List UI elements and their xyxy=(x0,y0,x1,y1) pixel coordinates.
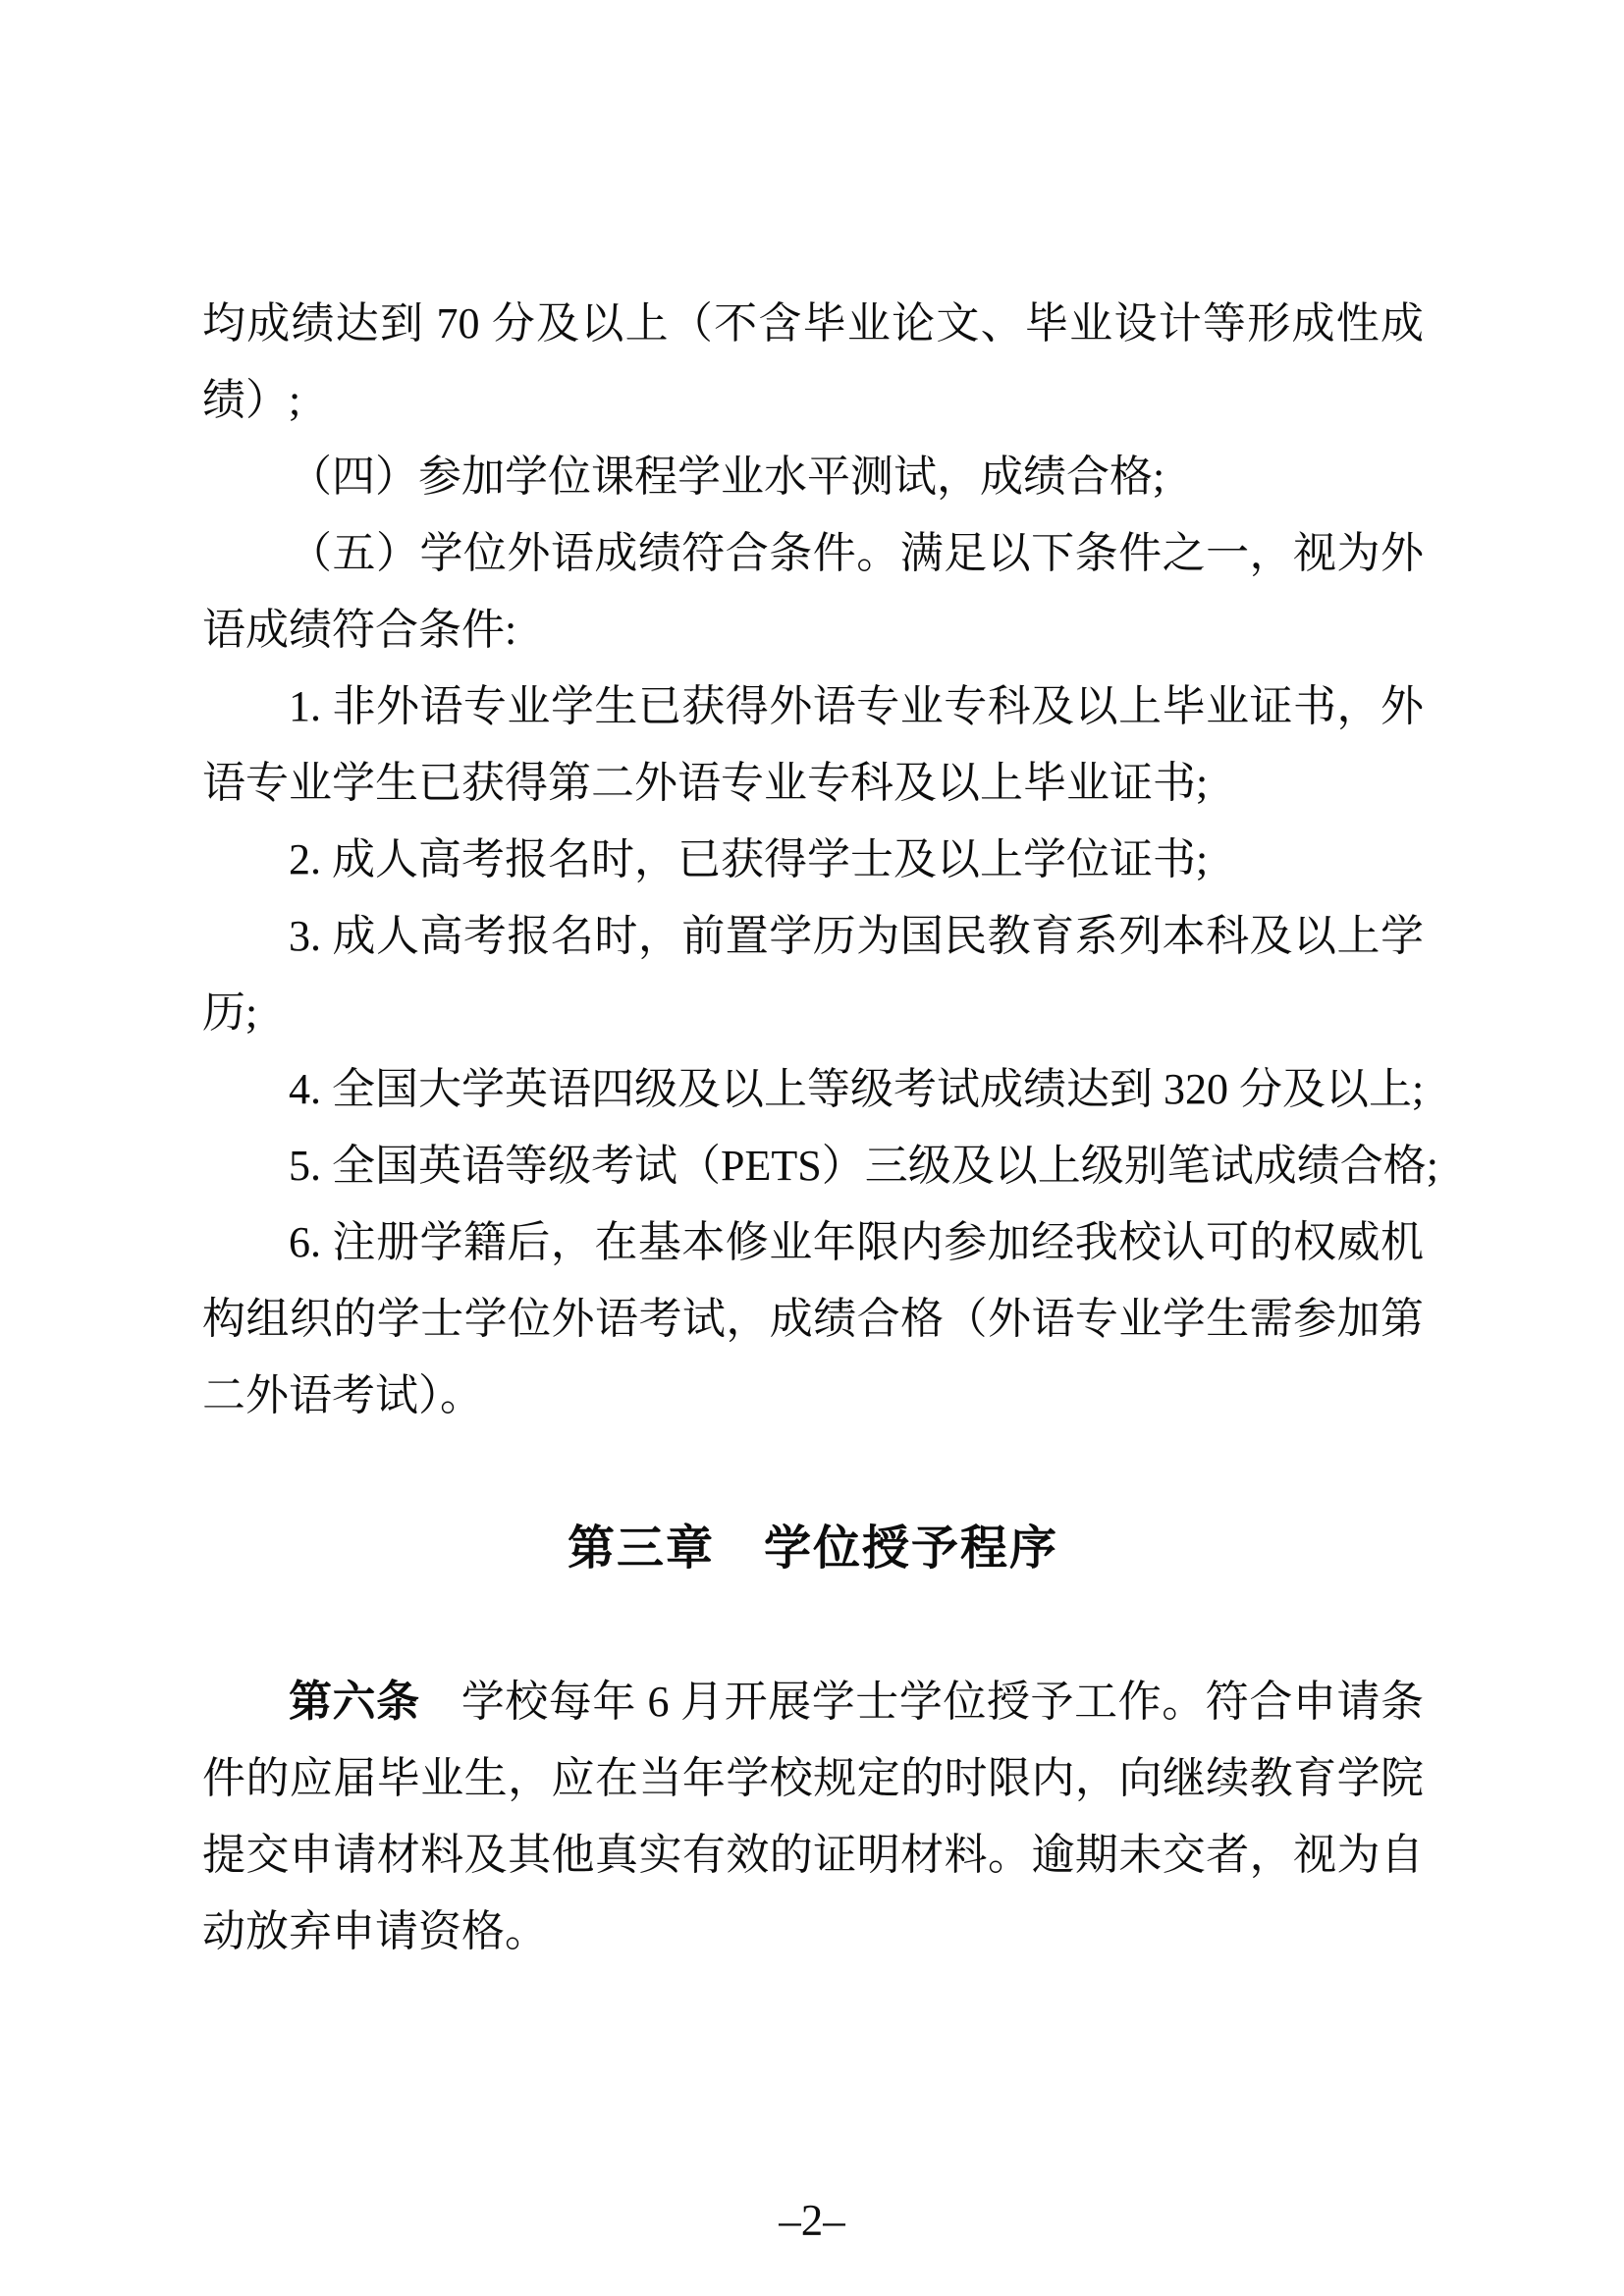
text-line: 构组织的学士学位外语考试，成绩合格（外语专业学生需参加第 xyxy=(202,1281,1424,1358)
paragraph: 2. 成人高考报名时，已获得学士及以上学位证书; xyxy=(202,822,1424,898)
text-line: 动放弃申请资格。 xyxy=(202,1894,1424,1970)
text-line: （五）学位外语成绩符合条件。满足以下条件之一，视为外 xyxy=(202,515,1424,592)
page-number: –2– xyxy=(0,2182,1624,2259)
text-line: 绩）; xyxy=(202,362,1424,439)
text-line: 2. 成人高考报名时，已获得学士及以上学位证书; xyxy=(202,822,1424,898)
paragraph: （五）学位外语成绩符合条件。满足以下条件之一，视为外 语成绩符合条件: xyxy=(202,515,1424,668)
article-number-bold: 第六条 xyxy=(289,1678,420,1726)
text-line: 1. 非外语专业学生已获得外语专业专科及以上毕业证书，外 xyxy=(202,668,1424,745)
article-paragraph: 第六条学校每年 6 月开展学士学位授予工作。符合申请条 件的应届毕业生，应在当年… xyxy=(202,1664,1424,1970)
text-line: 语专业学生已获得第二外语专业专科及以上毕业证书; xyxy=(202,745,1424,822)
text-line: （四）参加学位课程学业水平测试，成绩合格; xyxy=(202,439,1424,515)
document-body: 均成绩达到 70 分及以上（不含毕业论文、毕业设计等形成性成 绩）; （四）参加… xyxy=(202,286,1424,1970)
text-line: 历; xyxy=(202,975,1424,1051)
paragraph: 6. 注册学籍后，在基本修业年限内参加经我校认可的权威机 构组织的学士学位外语考… xyxy=(202,1204,1424,1434)
paragraph: 1. 非外语专业学生已获得外语专业专科及以上毕业证书，外 语专业学生已获得第二外… xyxy=(202,668,1424,822)
document-page: 均成绩达到 70 分及以上（不含毕业论文、毕业设计等形成性成 绩）; （四）参加… xyxy=(0,0,1624,2296)
text-line: 均成绩达到 70 分及以上（不含毕业论文、毕业设计等形成性成 xyxy=(202,286,1424,362)
paragraph: 4. 全国大学英语四级及以上等级考试成绩达到 320 分及以上; xyxy=(202,1051,1424,1128)
text-line: 5. 全国英语等级考试（PETS）三级及以上级别笔试成绩合格; xyxy=(202,1128,1424,1204)
paragraph: 3. 成人高考报名时，前置学历为国民教育系列本科及以上学 历; xyxy=(202,898,1424,1051)
chapter-heading: 第三章 学位授予程序 xyxy=(202,1511,1424,1587)
text-line: 二外语考试）。 xyxy=(202,1358,1424,1434)
text-line: 4. 全国大学英语四级及以上等级考试成绩达到 320 分及以上; xyxy=(202,1051,1424,1128)
text-line: 3. 成人高考报名时，前置学历为国民教育系列本科及以上学 xyxy=(202,898,1424,975)
text-line: 件的应届毕业生，应在当年学校规定的时限内，向继续教育学院 xyxy=(202,1740,1424,1817)
paragraph: 均成绩达到 70 分及以上（不含毕业论文、毕业设计等形成性成 绩）; xyxy=(202,286,1424,439)
text-line: 6. 注册学籍后，在基本修业年限内参加经我校认可的权威机 xyxy=(202,1204,1424,1281)
text-line: 第六条学校每年 6 月开展学士学位授予工作。符合申请条 xyxy=(202,1664,1424,1740)
paragraph: 5. 全国英语等级考试（PETS）三级及以上级别笔试成绩合格; xyxy=(202,1128,1424,1204)
text-line: 语成绩符合条件: xyxy=(202,592,1424,668)
article-text: 学校每年 6 月开展学士学位授予工作。符合申请条 xyxy=(461,1678,1424,1726)
text-line: 提交申请材料及其他真实有效的证明材料。逾期未交者，视为自 xyxy=(202,1817,1424,1894)
paragraph: （四）参加学位课程学业水平测试，成绩合格; xyxy=(202,439,1424,515)
